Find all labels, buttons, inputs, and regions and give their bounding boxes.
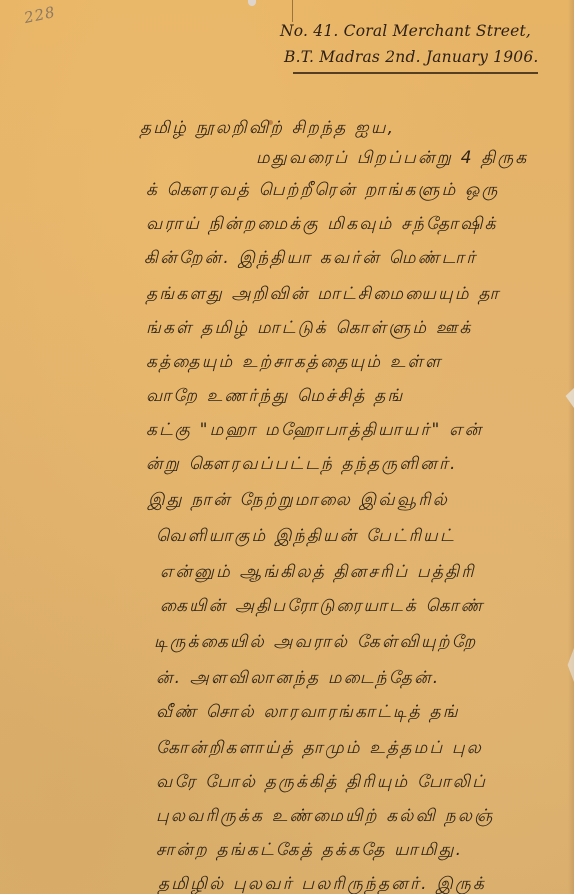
address-street: No. 41. Coral Merchant Street, bbox=[280, 18, 570, 44]
body-line: ங்கள் தமிழ் மாட்டுக் கொள்ளும் ஊக் bbox=[146, 318, 473, 340]
body-line: கட்கு "மஹா மஹோபாத்தியாயர்" என் bbox=[146, 420, 483, 442]
body-line: வீண் சொல் லாரவாரங்காட்டித் தங் bbox=[156, 702, 460, 724]
sender-address: No. 41. Coral Merchant Street, B.T. Madr… bbox=[280, 18, 570, 70]
body-line: வாறே உணர்ந்து மெச்சித் தங் bbox=[146, 386, 404, 408]
body-line: கத்தையும் உற்சாகத்தையும் உள்ள bbox=[146, 352, 443, 374]
body-line: என்னும் ஆங்கிலத் தினசரிப் பத்திரி bbox=[160, 562, 476, 584]
body-line: வரே போல் தருக்கித் திரியும் போலிப் bbox=[156, 772, 487, 794]
body-line: தங்களது அறிவின் மாட்சிமையையும் தா bbox=[146, 284, 501, 306]
archive-page-number: 228 bbox=[22, 3, 57, 27]
body-line: தமிழில் புலவர் பலரிருந்தனர். இருக் bbox=[158, 874, 486, 894]
body-line: கோன்றிகளாய்த் தாமும் உத்தமப் புல bbox=[156, 738, 483, 760]
address-underline bbox=[293, 72, 538, 74]
body-line: ன்று கௌரவப்பட்டந் தந்தருளினர். bbox=[146, 454, 458, 476]
tape-mark bbox=[248, 0, 256, 6]
paper-edge-shadow bbox=[568, 0, 574, 894]
letter-page: 228 No. 41. Coral Merchant Street, B.T. … bbox=[0, 0, 574, 894]
body-line: சான்ற தங்கட்கேத் தக்கதே யாமிது. bbox=[156, 840, 463, 862]
body-line: இது நான் நேற்றுமாலை இவ்வூரில் bbox=[148, 490, 449, 512]
salutation: தமிழ் நூலறிவிற் சிறந்த ஐய, bbox=[140, 118, 395, 140]
address-city-date: B.T. Madras 2nd. January 1906. bbox=[280, 44, 570, 70]
body-line: டிருக்கையில் அவரால் கேள்வியுற்றே bbox=[154, 632, 477, 654]
body-line: மதுவரைப் பிறப்பன்று 4 திருக bbox=[256, 148, 528, 170]
body-line: க் கௌரவத் பெற்றீரென் றாங்களும் ஒரு bbox=[146, 180, 500, 202]
body-line: வராய் நின்றமைக்கு மிகவும் சந்தோஷிக் bbox=[146, 214, 498, 236]
body-line: புலவரிருக்க உண்மையிற் கல்வி நலஞ் bbox=[156, 806, 495, 828]
body-line: ன். அளவிலானந்த மடைந்தேன். bbox=[156, 668, 440, 690]
body-line: கையின் அதிபரோடுரையாடக் கொண் bbox=[160, 596, 485, 618]
body-line: கின்றேன். இந்தியா கவர்ன் மெண்டார் bbox=[144, 248, 477, 270]
body-line: வெளியாகும் இந்தியன் பேட்ரியட் bbox=[156, 526, 456, 548]
